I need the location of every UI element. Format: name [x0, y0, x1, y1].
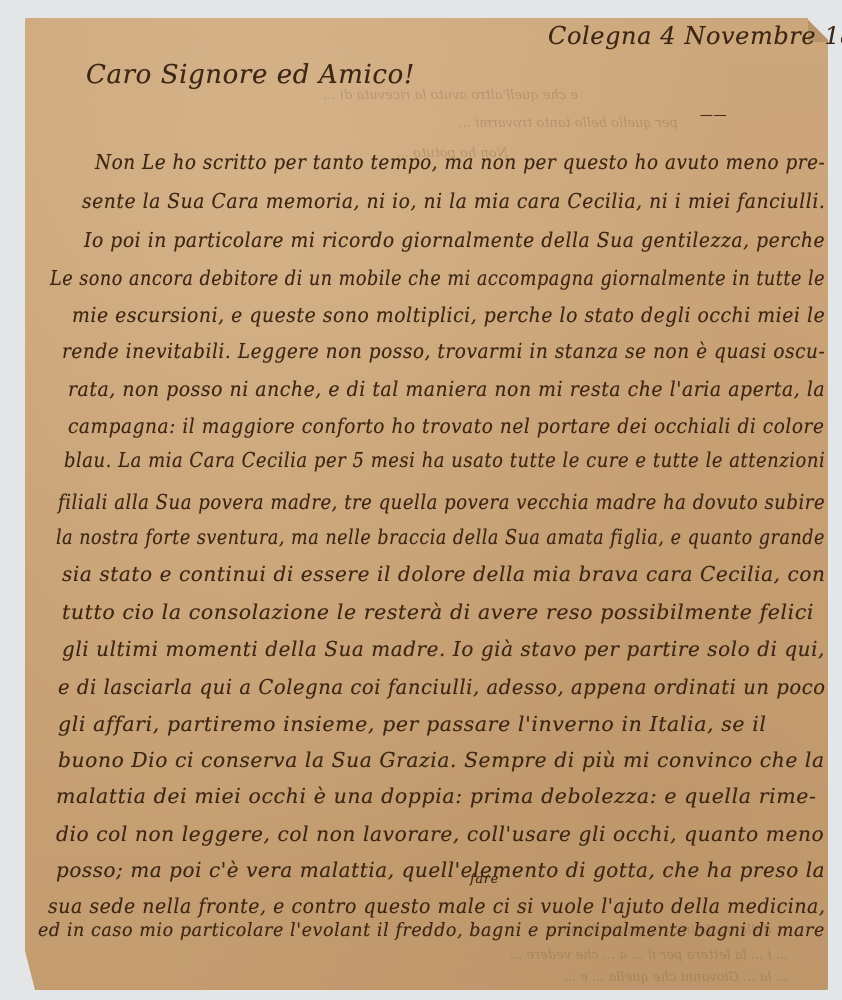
letter-line: posso; ma poi c'è vera malattia, quell'e… [56, 858, 825, 882]
bleed-line: ... quel ... i maggiori ... di ... del .… [544, 990, 768, 1000]
letter-line: sia stato e continui di essere il dolore… [62, 562, 825, 586]
letter-line: rata, non posso ni anche, e di tal manie… [68, 377, 825, 401]
letter-line: buono Dio ci conserva la Sua Grazia. Sem… [58, 748, 825, 772]
letter-line: ed in caso mio particolare l'evolant il … [38, 920, 825, 941]
letter-line: gli affari, partiremo insieme, per passa… [58, 712, 767, 736]
letter-line: malattia dei miei occhi è una doppia: pr… [56, 784, 817, 808]
letter-line: campagna: il maggiore conforto ho trovat… [68, 414, 824, 438]
interlinear-insertion: fare [470, 872, 499, 887]
letter-line: dio col non leggere, col non lavorare, c… [56, 822, 824, 846]
bleed-line: e che quell'altro avuto la ricevuta di .… [323, 88, 578, 103]
bleed-line: ... la ... Giovanni che quella ... e ... [564, 970, 788, 985]
flourish-mark: —— [700, 108, 727, 123]
letter-line: e di lasciarla qui a Colegna coi fanciul… [58, 675, 826, 699]
letter-line: rende inevitabili. Leggere non posso, tr… [62, 339, 825, 363]
letter-line: Io poi in particolare mi ricordo giornal… [84, 228, 825, 252]
letter-line: mie escursioni, e queste sono moltiplici… [72, 303, 825, 327]
place-date: Colegna 4 Novembre 1839. [548, 22, 842, 50]
letter-line: blau. La mia Cara Cecilia per 5 mesi ha … [64, 448, 825, 472]
letter-line: Le sono ancora debitore di un mobile che… [50, 266, 825, 290]
letter-line: sente la Sua Cara memoria, ni io, ni la … [82, 189, 825, 213]
letter-line: sua sede nella fronte, e contro questo m… [48, 894, 825, 918]
letter-line: Non Le ho scritto per tanto tempo, ma no… [95, 150, 825, 174]
letter-line: gli ultimi momenti della Sua madre. Io g… [62, 637, 825, 661]
bleed-line: per quello bello tanto trovarmi ... [459, 116, 678, 131]
bleed-line: ... i ... la lettera per il ... a ... ch… [510, 948, 788, 963]
letter-line: la nostra forte sventura, ma nelle bracc… [56, 525, 825, 549]
letter-line: tutto cio la consolazione le resterà di … [62, 600, 814, 624]
salutation: Caro Signore ed Amico! [86, 60, 415, 90]
letter-line: filiali alla Sua povera madre, tre quell… [58, 490, 825, 514]
